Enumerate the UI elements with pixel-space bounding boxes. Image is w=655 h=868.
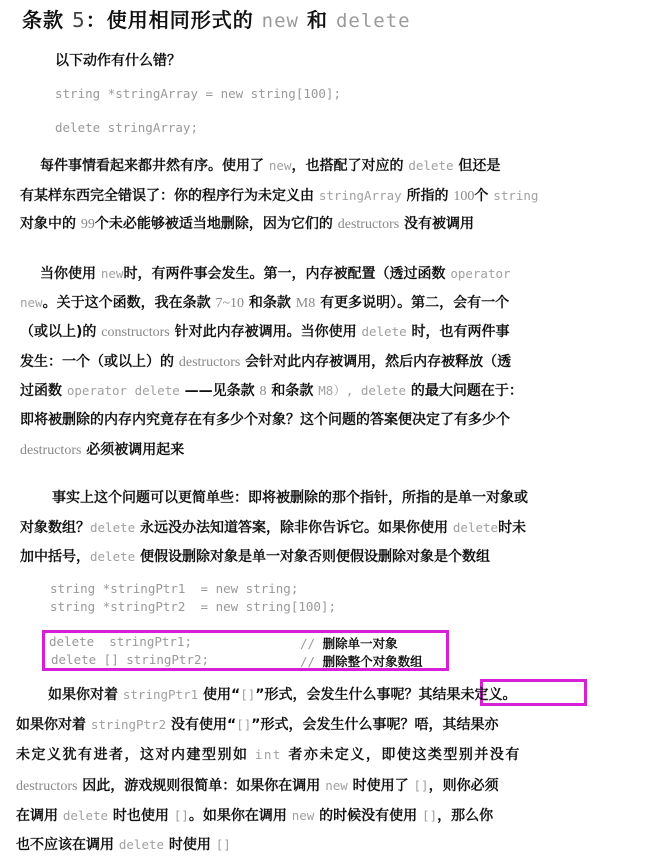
paragraph-line: （或以上)的 constructors 针对此内存被调用。当你使用 delete… bbox=[20, 321, 510, 341]
code-comment: // 删除单一对象 bbox=[300, 634, 398, 652]
title-prefix: 条款 bbox=[22, 8, 72, 32]
code-line: string *stringPtr2 = new string[100]; bbox=[50, 599, 336, 614]
paragraph-line: destructors 因此，游戏规则很简单：如果你在调用 new 时使用了 [… bbox=[16, 775, 499, 795]
paragraph-line: 对象中的 99个未必能够被适当地删除，因为它们的 destructors 没有被… bbox=[20, 213, 474, 233]
paragraph-line: 当你使用 new时，有两件事会发生。第一，内存被配置（透过函数 operator bbox=[40, 263, 511, 283]
paragraph-line: 有某样东西完全错误了：你的程序行为未定义由 stringArray 所指的 10… bbox=[20, 185, 538, 205]
code-line: string *stringPtr1 = new string; bbox=[50, 581, 298, 596]
title-number: 5 bbox=[72, 8, 86, 32]
paragraph-line: 也不应该在调用 delete 时使用 [] bbox=[16, 834, 231, 854]
title-keyword-delete: delete bbox=[336, 10, 411, 32]
code-line: string *stringArray = new string[100]; bbox=[55, 86, 341, 101]
code-line: delete stringPtr1; bbox=[49, 634, 192, 649]
code-line: delete stringArray; bbox=[55, 120, 198, 135]
code-comment: // 删除整个对象数组 bbox=[300, 652, 423, 670]
highlighted-text: 其结果未定义。 bbox=[418, 687, 516, 703]
paragraph-line: 如果你对着 stringPtr2 没有使用“[]”形式，会发生什么事呢？唔，其结… bbox=[16, 714, 498, 734]
paragraph-line: 在调用 delete 时也使用 []。如果你在调用 new 的时候没有使用 []… bbox=[16, 805, 493, 825]
page-title: 条款 5：使用相同形式的 new 和 delete bbox=[22, 4, 411, 33]
title-middle: ：使用相同形式的 bbox=[86, 8, 262, 32]
question-text: 以下动作有什么错？ bbox=[55, 50, 181, 70]
paragraph-line: 过函数 operator delete ——见条款 8 和条款 M8）, del… bbox=[20, 380, 523, 400]
paragraph-line: destructors 必须被调用起来 bbox=[20, 439, 184, 459]
paragraph-line: 如果你对着 stringPtr1 使用“[]”形式，会发生什么事呢？其结果未定义… bbox=[48, 684, 516, 704]
paragraph-line: 对象数组？delete 永远没办法知道答案，除非你告诉它。如果你使用 delet… bbox=[20, 517, 526, 537]
code-line: delete [] stringPtr2; bbox=[51, 652, 209, 667]
paragraph-line: 每件事情看起来都井然有序。使用了 new，也搭配了对应的 delete 但还是 bbox=[40, 155, 500, 175]
paragraph-line: 发生：一个（或以上）的 destructors 会针对此内存被调用，然后内存被释… bbox=[20, 351, 511, 371]
paragraph-line: new。关于这个函数，我在条款 7~10 和条款 M8 有更多说明）。第二，会有… bbox=[20, 292, 509, 312]
paragraph-line: 事实上这个问题可以更简单些：即将被删除的那个指针，所指的是单一对象或 bbox=[52, 487, 528, 507]
paragraph-line: 即将被删除的内存内究竟存在有多少个对象？这个问题的答案便决定了有多少个 bbox=[20, 409, 510, 429]
title-keyword-new: new bbox=[262, 10, 299, 32]
paragraph-line: 加中括号，delete 便假设删除对象是单一对象否则便假设删除对象是个数组 bbox=[20, 546, 490, 566]
title-and: 和 bbox=[299, 8, 336, 32]
paragraph-line: 未定义犹有进者，这对内建型别如 int 者亦未定义，即使这类型别并没有 bbox=[16, 744, 521, 764]
